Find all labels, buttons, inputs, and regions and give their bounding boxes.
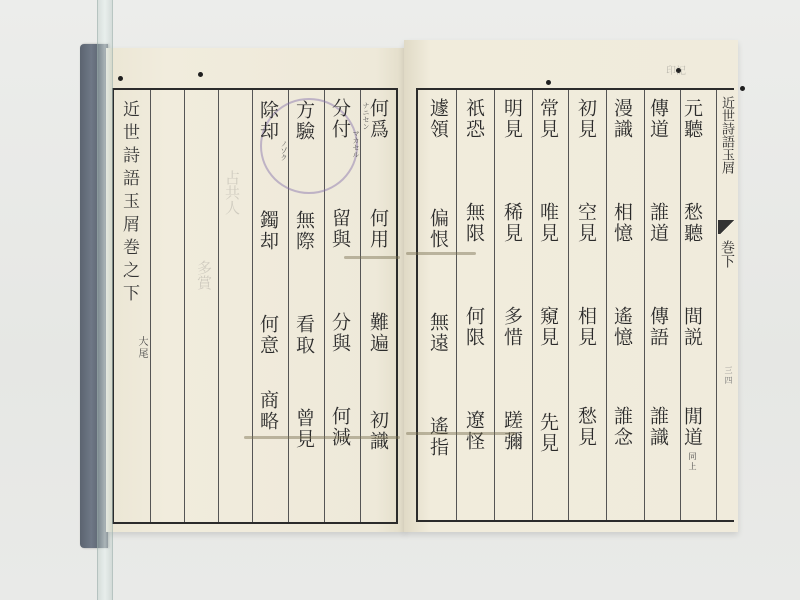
entry: 無限: [464, 202, 483, 244]
entry: 偏恨: [428, 208, 447, 250]
entry-head: 漫識: [612, 98, 631, 140]
entry: 商略: [258, 390, 277, 432]
entry: 遙憶: [612, 306, 631, 348]
entry: 留與: [330, 208, 349, 250]
top-margin-mark: 印記: [666, 62, 686, 77]
entry: 傳語: [648, 306, 667, 348]
entry: 何用: [368, 208, 387, 250]
entry: 愁聽: [682, 202, 701, 244]
entry-head: 分付: [330, 98, 349, 140]
binding-hole: [546, 80, 551, 85]
entry-note: 同上: [688, 452, 696, 472]
entry-head: 明見: [502, 98, 521, 140]
entry-head: 元聽: [682, 98, 701, 140]
entry: 遼怪: [464, 410, 483, 452]
entry: 何意: [258, 314, 277, 356]
entry-head: 遽領: [428, 98, 447, 140]
left-page: 近世詩語玉屑巻之下 大尾 占共人 多賞 何爲 ナニセン 何用 難遍 初識 分付 …: [106, 48, 406, 532]
ruby-reading: マカセル: [352, 130, 359, 158]
entry-head: 除却: [258, 100, 277, 142]
entry: 閒道: [682, 406, 701, 448]
paper-tear: [244, 436, 400, 439]
column-rule: [456, 90, 457, 520]
volume-title: 近世詩語玉屑巻之下: [120, 100, 137, 307]
entry: 唯見: [538, 202, 557, 244]
entry: 遙指: [428, 416, 447, 458]
entry: 先見: [538, 412, 557, 454]
column-rule: [680, 90, 681, 520]
entry: 間説: [682, 306, 701, 348]
entry: 多惜: [502, 306, 521, 348]
entry: 相見: [576, 306, 595, 348]
bleed-through-text: 占共人: [222, 170, 243, 215]
page-number: 三四: [724, 366, 732, 386]
column-rule: [532, 90, 533, 520]
paper-tear: [406, 432, 516, 435]
entry: 初識: [368, 410, 387, 452]
column-rule: [494, 90, 495, 520]
left-page-frame: 近世詩語玉屑巻之下 大尾 占共人 多賞 何爲 ナニセン 何用 難遍 初識 分付 …: [112, 88, 398, 524]
entry-head: 祇恐: [464, 98, 483, 140]
column-rule: [150, 90, 151, 522]
paper-tear: [344, 256, 400, 259]
binding-hole: [198, 72, 203, 77]
entry: 誰念: [612, 406, 631, 448]
entry-head: 初見: [576, 98, 595, 140]
entry: 看取: [294, 314, 313, 356]
entry-head: 傳道: [648, 98, 667, 140]
column-rule: [606, 90, 607, 520]
entry: 誰識: [648, 406, 667, 448]
entry: 空見: [576, 202, 595, 244]
ruby-reading: ナニセン: [362, 102, 369, 130]
entry: 無遠: [428, 312, 447, 354]
column-rule: [252, 90, 253, 522]
entry: 何減: [330, 406, 349, 448]
entry: 愁見: [576, 406, 595, 448]
entry: 分與: [330, 312, 349, 354]
entry-head: 何爲: [368, 98, 387, 140]
right-page-frame: 近世詩語玉屑 巻下 三四 元聽 愁聽 間説 閒道 同上 傳道 誰道 傳語 誰識 …: [416, 88, 734, 522]
column-rule: [716, 90, 717, 520]
entry: 鐲却: [258, 210, 277, 252]
bleed-through-text: 多賞: [194, 260, 215, 290]
entry: 相憶: [612, 202, 631, 244]
fishtail-mark: [718, 220, 734, 234]
entry: 何限: [464, 306, 483, 348]
binding-hole: [740, 86, 745, 91]
entry: 誰道: [648, 202, 667, 244]
column-rule: [644, 90, 645, 520]
entry: 無際: [294, 210, 313, 252]
column-rule: [568, 90, 569, 520]
binding-hole: [118, 76, 123, 81]
ruby-reading: ノゾク: [280, 140, 287, 161]
entry-head: 常見: [538, 98, 557, 140]
paper-tear: [406, 252, 476, 255]
end-mark: 大尾: [136, 336, 146, 360]
entry-head: 方驗: [294, 100, 313, 142]
hashira-volume: 巻下: [720, 240, 734, 268]
right-page: 印記 近世詩語玉屑 巻下 三四 元聽 愁聽 間説 閒道 同上 傳道 誰道 傳語 …: [404, 40, 738, 532]
glass-display-edge: [97, 0, 113, 600]
column-rule: [360, 90, 361, 522]
entry: 稀見: [502, 202, 521, 244]
entry: 蹉彌: [502, 410, 521, 452]
column-rule: [218, 90, 219, 522]
entry: 窺見: [538, 306, 557, 348]
column-rule: [184, 90, 185, 522]
hashira-title: 近世詩語玉屑: [720, 96, 733, 174]
entry: 難遍: [368, 312, 387, 354]
entry: 曾見: [294, 408, 313, 450]
